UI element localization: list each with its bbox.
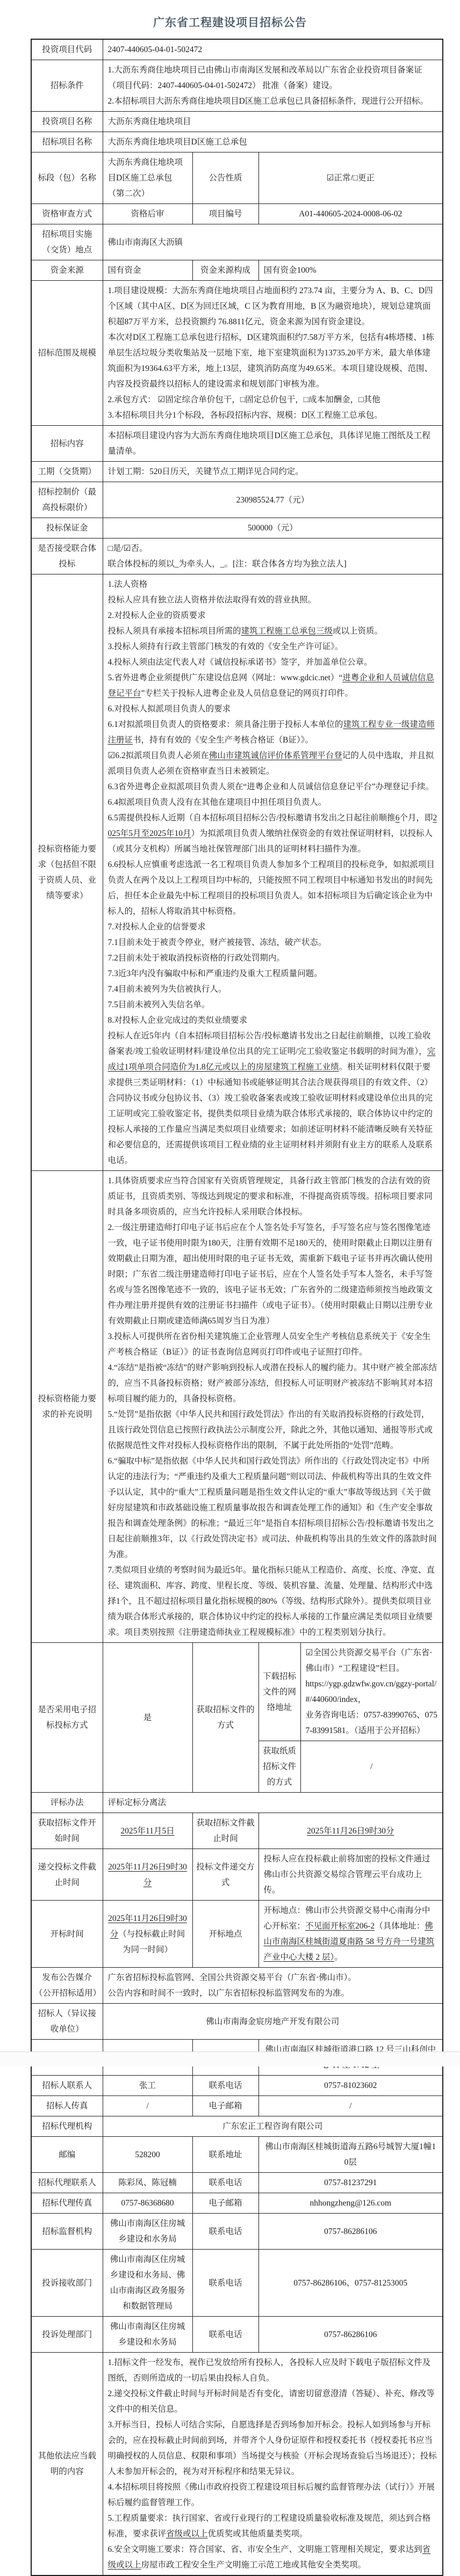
duration-label: 工期（交货期） [31,462,103,482]
agency-fax-value: 0757-86368680 [103,2193,192,2214]
bid-bond-value: 500000（元） [103,518,443,539]
obtain-start-time-label: 获取招标文件开始时间 [31,1813,103,1849]
project-number-label: 项目编号 [192,204,258,224]
fund-composition-label: 资金来源构成 [192,260,258,281]
table-row: 招标范围及规模 1.项目建设规模：大沥东秀商住地块项目占地面积约 273.74 … [31,281,443,426]
announcement-media-value: 广东省招标投标监管网、全国公共资源交易平台（广东省·佛山市）。公告内容和时间不一… [103,1968,443,2004]
paper-documents-value: / [300,1741,443,1793]
table-row: 招标代理联系人 陈彩凤、陈冠楠 联系电话 0757-81237291 [31,2173,443,2193]
tenderer-contact-value: 张工 [103,2076,192,2096]
complaint-handling-phone-value: 0757-86286106 [258,2317,443,2353]
fund-source-label: 资金来源 [31,260,103,281]
table-row: 投标保证金 500000（元） [31,518,443,539]
supervision-agency-label: 招标监督机构 [31,2214,103,2250]
submission-deadline-label: 递交投标文件截止时间 [31,1849,103,1901]
supplementary-notes-label: 投标资格能力要求的补充说明 [31,1171,103,1643]
table-row: 投资项目代码 2407-440605-04-01-502472 [31,39,443,60]
table-row: 发布公告媒介（公开招标适用） 广东省招标投标监管网、全国公共资源交易平台（广东省… [31,1968,443,2004]
invest-project-name-value: 大沥东秀商住地块项目 [103,112,443,132]
invest-project-name-label: 投资项目名称 [31,112,103,132]
other-legal-content-label: 其他依法应当载明的内容 [31,2353,103,2576]
scope-scale-label: 招标范围及规模 [31,281,103,426]
submission-deadline-value: 2025年11月26日9时30分 [103,1849,192,1901]
qualification-requirements-value: 1.法人资格投标人应具有独立法人资格并依法取得有效的营业执照。2.对投标人企业的… [103,574,443,1171]
tender-project-name-label: 招标项目名称 [31,132,103,152]
obtain-deadline-value: 2025年11月26日9时30分 [258,1813,443,1849]
electronic-bidding-value: 是 [103,1643,192,1793]
supervision-agency-value: 佛山市南海区住房城乡建设和水务局 [103,2214,192,2250]
opening-location-label: 开标地点 [192,1901,258,1968]
tender-project-name-value: 大沥东秀商住地块项目D区施工总承包 [103,132,443,152]
table-row: 招标人（异议接收单位） 佛山市南海金宸房地产开发有限公司 [31,2004,443,2040]
table-row: 评标办法 评标定标分离法 [31,1793,443,1813]
agency-address-value: 佛山市南海区桂城街道海五路6号城智大厦1幢10层 [258,2137,443,2173]
obtain-start-time-value: 2025年11月5日 [103,1813,192,1849]
tenderer-fax-value: / [103,2096,192,2116]
opening-time-value: 2025年11月26日9时30分（与投标截止时间为同一时间） [103,1901,192,1968]
tender-announcement-table: 投资项目代码 2407-440605-04-01-502472 招标条件 1.大… [31,39,443,2576]
qualification-requirements-label: 投标资格能力要求（包括但不限于资质人员、业绩等要求） [31,574,103,1171]
download-url-value: ☑全国公共资源交易平台（广东省·佛山市）“工程建设”栏目。https://ygp… [300,1643,443,1741]
tender-conditions-label: 招标条件 [31,60,103,112]
qualification-review-value: 资格后审 [103,204,192,224]
table-row: 工期（交货期） 计划工期：520日历天，关键节点工期详见合同约定。 [31,462,443,482]
tenderer-phone-value: 0757-81023602 [258,2076,443,2096]
agency-email-value: nhhongzheng@126.com [258,2193,443,2214]
complaint-receiving-value: 佛山市南海区住房城乡建设和水务局、佛山市南海区政务服务和数据管理局 [103,2250,192,2317]
agency-phone-label: 联系电话 [192,2173,258,2193]
tenderer-fax-label: 招标人传真 [31,2096,103,2116]
table-row: 其他依法应当载明的内容 1.招标文件一经发布，视作已发放给所有投标人，各投标人应… [31,2353,443,2576]
table-row: 获取招标文件开始时间 2025年11月5日 获取招标文件截止时间 2025年11… [31,1813,443,1849]
agency-value: 广东宏正工程咨询有限公司 [103,2116,443,2137]
fund-composition-value: 国有资金100% [258,260,443,281]
agency-address-label: 联系地址 [192,2137,258,2173]
agency-label: 招标代理机构 [31,2116,103,2137]
notice-nature-value: ☑正常/□更正 [258,152,443,204]
complaint-handling-value: 佛山市南海区住房城乡建设和水务局 [103,2317,192,2353]
complaint-receiving-phone-value: 0757-86286106、0757-81253005 [258,2250,443,2317]
agency-phone-value: 0757-81237291 [258,2173,443,2193]
agency-contact-value: 陈彩凤、陈冠楠 [103,2173,192,2193]
project-number-value: A01-440605-2024-0008-06-02 [258,204,443,224]
table-row: 招标条件 1.大沥东秀商住地块项目已由佛山市南海区发展和改革局以广东省企业投资项… [31,60,443,112]
submission-method-label: 投标文件递交方式 [192,1849,258,1901]
announcement-media-label: 发布公告媒介（公开招标适用） [31,1968,103,2004]
duration-value: 计划工期：520日历天，关键节点工期详见合同约定。 [103,462,443,482]
qualification-review-label: 资格审查方式 [31,204,103,224]
agency-postcode-label: 邮编 [31,2137,103,2173]
table-row: 投资项目名称 大沥东秀商住地块项目 [31,112,443,132]
table-row: 招标代理传真 0757-86368680 电子邮箱 nhhongzheng@12… [31,2193,443,2214]
table-row: 投标资格能力要求的补充说明 1.具体资质要求应当符合国家有关资质管理规定，具备行… [31,1171,443,1643]
invest-code-label: 投资项目代码 [31,39,103,60]
consortium-label: 是否接受联合体投标 [31,539,103,574]
page-bottom-divider [0,2051,460,2066]
agency-contact-label: 招标代理联系人 [31,2173,103,2193]
opening-location-value: 开标地点：佛山市公共资源交易中心南海分中心开标室：不见面开标室206-2（具体地… [258,1901,443,1968]
complaint-receiving-phone-label: 联系电话 [192,2250,258,2317]
agency-postcode-value: 528200 [103,2137,192,2173]
table-row: 标段（包）名称 大沥东秀商住地块项目D区施工总承包（第二次） 公告性质 ☑正常/… [31,152,443,204]
tenderer-email-value: / [258,2096,443,2116]
table-row: 招标内容 本招标项目建设内容为大沥东秀商住地块项目D区施工总承包，具体详见施工图… [31,426,443,462]
table-row: 递交投标文件截止时间 2025年11月26日9时30分 投标文件递交方式 投标人… [31,1849,443,1901]
submission-method-value: 投标人应在投标截止前将加密的投标文件通过佛山市公共资源交易综合管理云平台成功上传… [258,1849,443,1901]
table-row: 招标监督机构 佛山市南海区住房城乡建设和水务局 联系电话 0757-862861… [31,2214,443,2250]
table-row: 投诉接收部门 佛山市南海区住房城乡建设和水务局、佛山市南海区政务服务和数据管理局… [31,2250,443,2317]
table-row: 是否接受联合体投标 □是/☑否。联合体投标的须以_为牵头人，_。[注：联合体各方… [31,539,443,574]
bid-bond-label: 投标保证金 [31,518,103,539]
supervision-phone-label: 联系电话 [192,2214,258,2250]
evaluation-method-value: 评标定标分离法 [103,1793,443,1813]
table-row: 资金来源 国有资金 资金来源构成 国有资金100% [31,260,443,281]
tender-conditions-value: 1.大沥东秀商住地块项目已由佛山市南海区发展和改革局以广东省企业投资项目备案证（… [103,60,443,112]
tender-content-value: 本招标项目建设内容为大沥东秀商住地块项目D区施工总承包，具体详见施工图纸及工程量… [103,426,443,462]
tenderer-label: 招标人（异议接收单位） [31,2004,103,2040]
table-row: 招标代理机构 广东宏正工程咨询有限公司 [31,2116,443,2137]
table-row: 邮编 528200 联系地址 佛山市南海区桂城街道海五路6号城智大厦1幢10层 [31,2137,443,2173]
notice-nature-label: 公告性质 [192,152,258,204]
consortium-value: □是/☑否。联合体投标的须以_为牵头人，_。[注：联合体各方均为独立法人] [103,539,443,574]
tenderer-contact-label: 招标人联系人 [31,2076,103,2096]
supervision-phone-value: 0757-86286106 [258,2214,443,2250]
tenderer-phone-label: 联系电话 [192,2076,258,2096]
section-name-value: 大沥东秀商住地块项目D区施工总承包（第二次） [103,152,192,204]
agency-fax-label: 招标代理传真 [31,2193,103,2214]
table-row: 招标项目名称 大沥东秀商住地块项目D区施工总承包 [31,132,443,152]
electronic-bidding-label: 是否采用电子招标投标方式 [31,1643,103,1793]
table-row: 招标人联系人 张工 联系电话 0757-81023602 [31,2076,443,2096]
table-row: 投标资格能力要求（包括但不限于资质人员、业绩等要求） 1.法人资格投标人应具有独… [31,574,443,1171]
page-title: 广东省工程建设项目招标公告 [0,0,460,39]
opening-time-label: 开标时间 [31,1901,103,1968]
scope-scale-value: 1.项目建设规模：大沥东秀商住地块项目占地面积约 273.74 亩，主要分为 A… [103,281,443,426]
delivery-location-value: 佛山市南海区大沥镇 [103,224,443,260]
table-row: 开标时间 2025年11月26日9时30分（与投标截止时间为同一时间） 开标地点… [31,1901,443,1968]
invest-code-value: 2407-440605-04-01-502472 [103,39,443,60]
section-name-label: 标段（包）名称 [31,152,103,204]
other-legal-content-value: 1.招标文件一经发布，视作已发放给所有投标人，各投标人应及时下载电子版招标文件及… [103,2353,443,2576]
agency-email-label: 电子邮箱 [192,2193,258,2214]
delivery-location-label: 招标项目实施（交货）地点 [31,224,103,260]
table-row: 资格审查方式 资格后审 项目编号 A01-440605-2024-0008-06… [31,204,443,224]
download-url-label: 下载招标文件的网络地址 [258,1643,300,1741]
table-row: 招标项目实施（交货）地点 佛山市南海区大沥镇 [31,224,443,260]
complaint-receiving-label: 投诉接收部门 [31,2250,103,2317]
complaint-handling-label: 投诉处理部门 [31,2317,103,2353]
tenderer-email-label: 电子邮箱 [192,2096,258,2116]
paper-documents-label: 获取纸质招标文件的方式 [258,1741,300,1793]
complaint-handling-phone-label: 联系电话 [192,2317,258,2353]
table-row: 是否采用电子招标投标方式 是 获取招标文件的方式 下载招标文件的网络地址 ☑全国… [31,1643,443,1741]
control-price-label: 招标控制价（最高投标限价） [31,482,103,518]
obtain-deadline-label: 获取招标文件截止时间 [192,1813,258,1849]
tender-content-label: 招标内容 [31,426,103,462]
table-row: 招标控制价（最高投标限价） 230985524.77（元） [31,482,443,518]
tenderer-value: 佛山市南海金宸房地产开发有限公司 [103,2004,443,2040]
supplementary-notes-value: 1.具体资质要求应当符合国家有关资质管理规定，具备行政主管部门核发的合法有效的资… [103,1171,443,1643]
evaluation-method-label: 评标办法 [31,1793,103,1813]
table-row: 招标人传真 / 电子邮箱 / [31,2096,443,2116]
control-price-value: 230985524.77（元） [103,482,443,518]
obtain-documents-method-label: 获取招标文件的方式 [192,1643,258,1793]
table-row: 投诉处理部门 佛山市南海区住房城乡建设和水务局 联系电话 0757-862861… [31,2317,443,2353]
fund-source-value: 国有资金 [103,260,192,281]
